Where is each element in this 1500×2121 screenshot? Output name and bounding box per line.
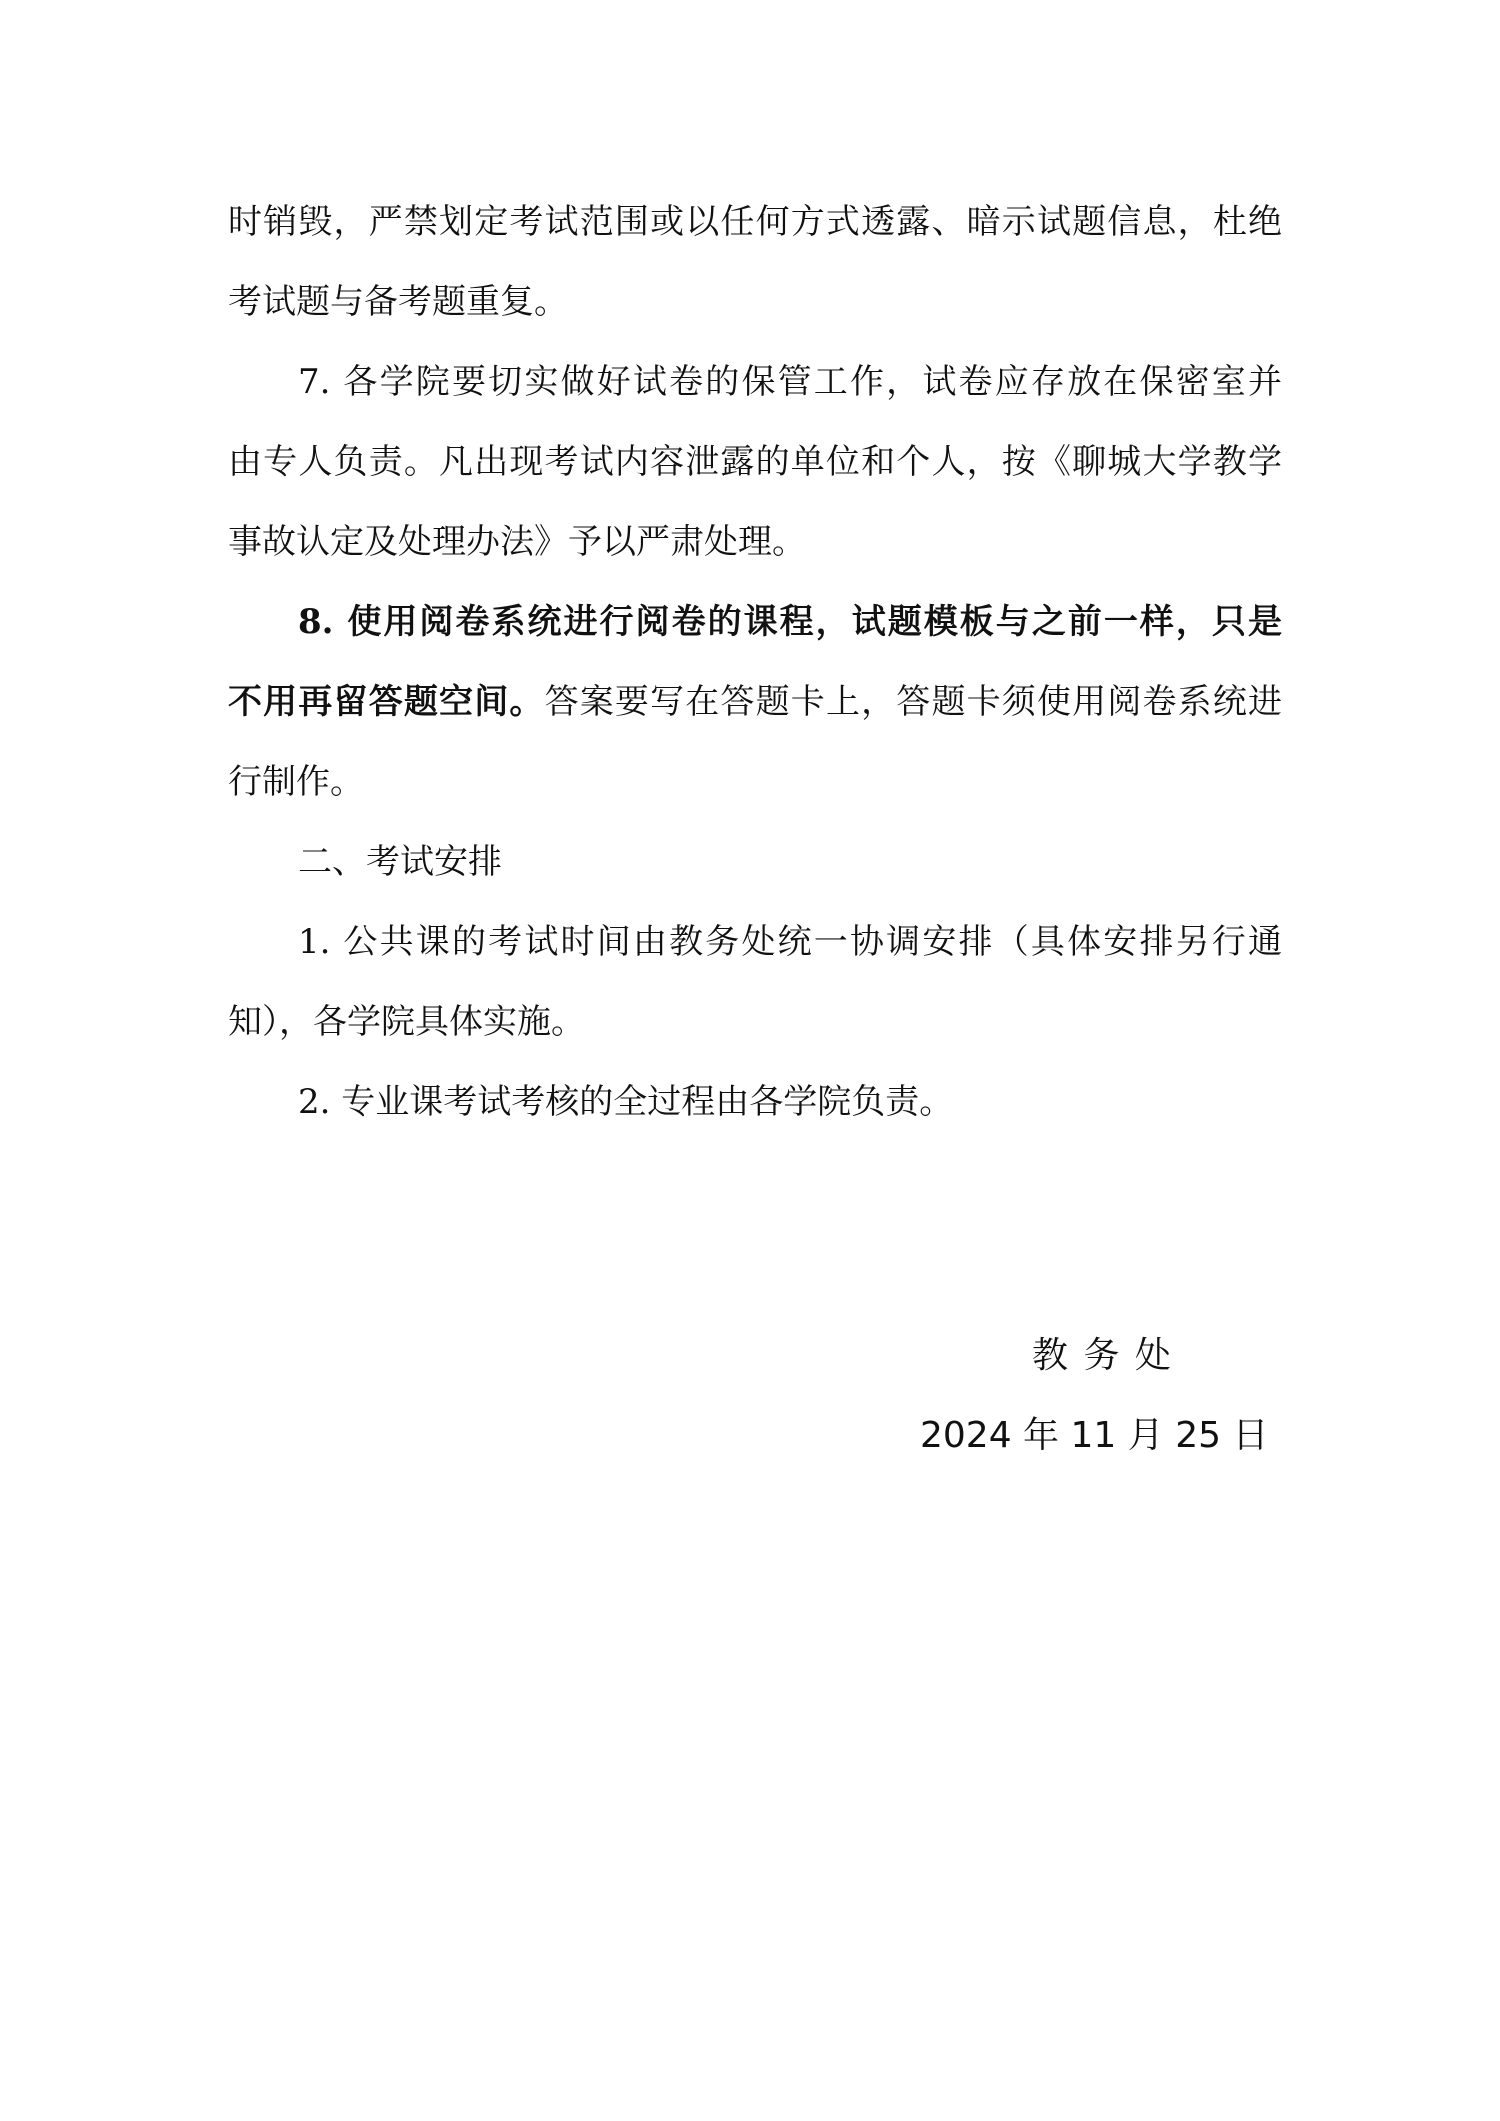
paragraph-line: 时销毁，严禁划定考试范围或以任何方式透露、暗示试题信息，杜绝 xyxy=(228,202,1282,242)
item-7-line: 事故认定及处理办法》予以严肃处理。 xyxy=(228,522,1282,562)
paragraph-line: 考试题与备考题重复。 xyxy=(228,282,1282,322)
item-8-line: 不用再留答题空间。答案要写在答题卡上，答题卡须使用阅卷系统进 xyxy=(228,682,1282,722)
document-page: 时销毁，严禁划定考试范围或以任何方式透露、暗示试题信息，杜绝 考试题与备考题重复… xyxy=(0,0,1500,2121)
item-8-bold-line: 8. 使用阅卷系统进行阅卷的课程，试题模板与之前一样，只是 xyxy=(298,602,1282,642)
item-7-line: 7. 各学院要切实做好试卷的保管工作，试卷应存放在保密室并 xyxy=(298,362,1282,402)
section2-item-1-line: 知），各学院具体实施。 xyxy=(228,1002,1282,1042)
item-8-bold-text: 不用再留答题空间。 xyxy=(228,682,545,722)
section-heading: 二、考试安排 xyxy=(298,842,1282,882)
item-8-line: 行制作。 xyxy=(228,762,1282,802)
issuer-signature: 教 务 处 xyxy=(1032,1334,1173,1378)
item-7-line: 由专人负责。凡出现考试内容泄露的单位和个人，按《聊城大学教学 xyxy=(228,442,1282,482)
item-8-text: 答案要写在答题卡上，答题卡须使用阅卷系统进 xyxy=(545,682,1282,722)
section2-item-2-line: 2. 专业课考试考核的全过程由各学院负责。 xyxy=(298,1082,1282,1122)
issue-date: 2024 年 11 月 25 日 xyxy=(920,1414,1268,1458)
section2-item-1-line: 1. 公共课的考试时间由教务处统一协调安排（具体安排另行通 xyxy=(298,922,1282,962)
